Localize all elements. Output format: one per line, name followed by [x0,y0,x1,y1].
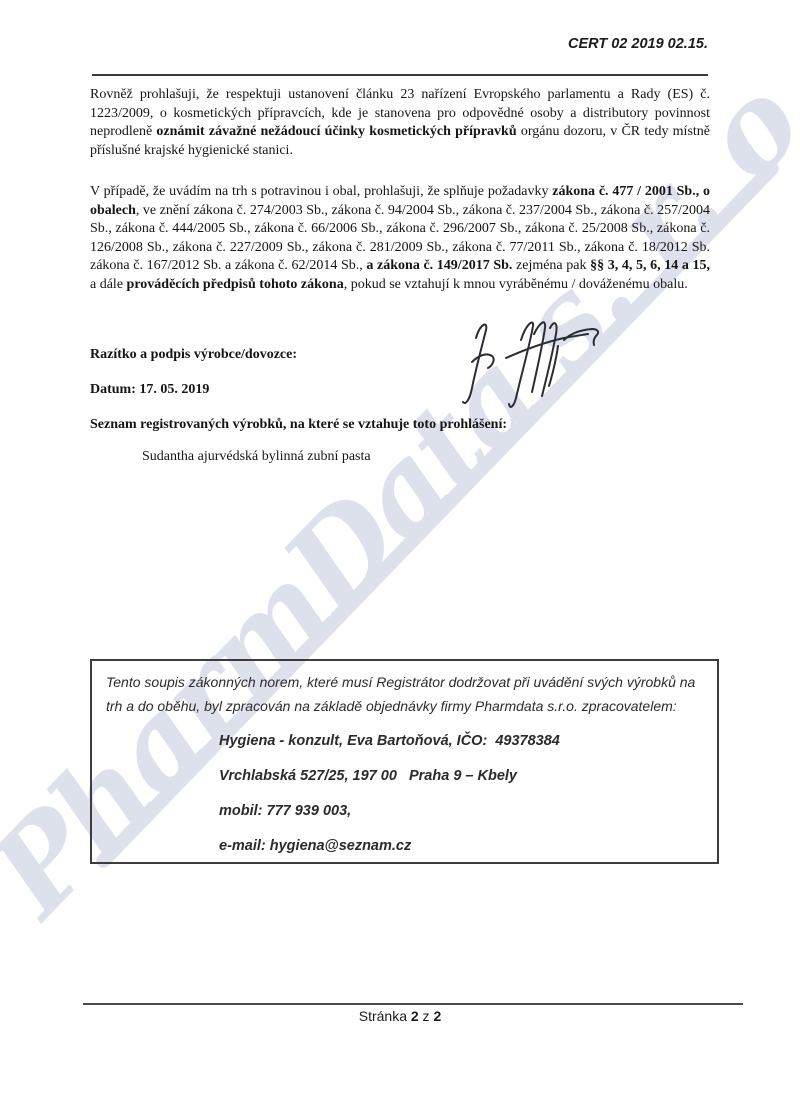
processor-address-line: Vrchlabská 527/25, 197 00 Praha 9 – Kbel… [219,768,703,785]
document-code: CERT 02 2019 02.15. [568,36,708,52]
processor-info-box: Tento soupis zákonných norem, které musí… [90,659,719,864]
processor-name-line: Hygiena - konzult, Eva Bartoňová, IČO: 4… [219,733,703,750]
info-box-intro: Tento soupis zákonných norem, které musí… [106,671,703,718]
registered-products-label: Seznam registrovaných výrobků, na které … [90,417,507,433]
paragraph-segment: V případě, že uvádím na trh s potravinou… [90,184,552,199]
paragraph-segment-bold: a zákona č. 149/2017 Sb. [366,258,512,273]
paragraph-segment: zejména pak [512,258,590,273]
page-number-prefix: Stránka [359,1008,411,1024]
signature-icon [446,310,616,415]
product-item: Sudantha ajurvédská bylinná zubní pasta [142,449,371,465]
processor-email-line: e-mail: hygiena@seznam.cz [219,838,703,855]
document-page: PharmData s. r. o. CERT 02 2019 02.15. R… [0,0,800,1100]
processor-phone-line: mobil: 777 939 003, [219,803,703,820]
header-rule [92,74,708,76]
paragraph-segment: , pokud se vztahují k mnou vyráběnému / … [344,277,688,292]
page-number-separator: z [419,1008,434,1024]
date-label: Datum: 17. 05. 2019 [90,382,209,398]
paragraph-segment-bold: oznámit závažné nežádoucí účinky kosmeti… [156,124,516,139]
paragraph-segment-bold: §§ 3, 4, 5, 6, 14 a 15, [590,258,710,273]
paragraph-segment: a dále [90,277,127,292]
page-number: Stránka 2 z 2 [0,1008,800,1024]
paragraph-segment-bold: prováděcích předpisů tohoto zákona [127,277,344,292]
page-number-total: 2 [433,1008,441,1024]
stamp-signature-label: Razítko a podpis výrobce/dovozce: [90,347,297,363]
page-number-current: 2 [411,1008,419,1024]
paragraph-cosmetics-regulation: Rovněž prohlašuji, že respektuji ustanov… [90,86,710,160]
paragraph-packaging-law: V případě, že uvádím na trh s potravinou… [90,183,710,295]
footer-rule [83,1003,743,1005]
